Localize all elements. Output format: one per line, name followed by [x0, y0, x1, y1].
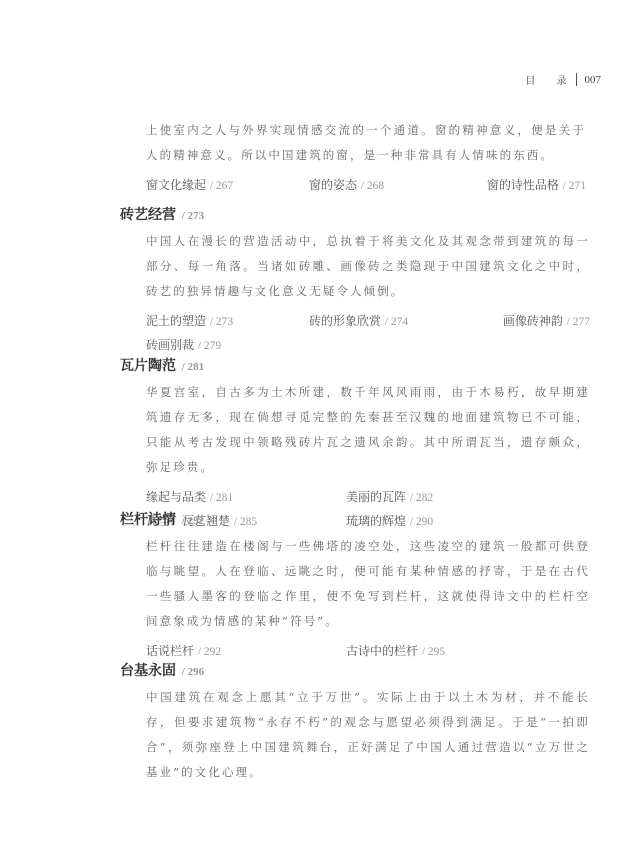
toc-entry-page: 274 [391, 316, 408, 328]
section-title-text: 瓦片陶范 [120, 358, 176, 374]
toc-entry-page: 277 [573, 316, 590, 328]
toc-entry-title: 砖画别裁 [146, 338, 194, 352]
toc-entry-title: 泥土的塑造 [146, 314, 206, 328]
toc-entry-page: 267 [216, 180, 233, 192]
toc-entry-title: 画像砖神韵 [503, 314, 563, 328]
toc-entry-title: 缘起与品类 [146, 490, 206, 504]
toc-entry-list: 窗文化缘起 / 267 窗的姿态 / 268 窗的诗性品格 / 271 [146, 174, 586, 198]
running-head-divider [576, 73, 577, 86]
toc-entry-title: 话说栏杆 [146, 644, 194, 658]
section-title[interactable]: 台基永固 / 296 [120, 661, 590, 681]
toc-entry[interactable]: 砖的形象欣赏 / 274 [309, 310, 462, 334]
toc-entry-page: 295 [428, 646, 445, 658]
section-page: 296 [188, 666, 205, 678]
section-page: 292 [188, 515, 205, 527]
section-title[interactable]: 栏杆诗情 / 292 [120, 510, 590, 530]
section-title-text: 栏杆诗情 [120, 512, 176, 528]
toc-entry-page: 268 [367, 180, 384, 192]
section-page: 281 [188, 361, 205, 373]
section-title[interactable]: 瓦片陶范 / 281 [120, 356, 590, 376]
section-description: 中国建筑在观念上愿其“立于万世”。实际上由于以土木为材，并不能长存，但要求建筑物… [120, 685, 590, 785]
toc-entry[interactable]: 缘起与品类 / 281 [146, 486, 346, 510]
toc-entry[interactable]: 砖画别裁 / 279 [146, 334, 309, 358]
toc-entry-title: 砖的形象欣赏 [309, 314, 381, 328]
running-head: 目 录 007 [525, 72, 601, 87]
separator: / [179, 210, 188, 222]
toc-entry-list: 泥土的塑造 / 273 砖的形象欣赏 / 274 画像砖神韵 / 277 砖画别… [120, 310, 590, 358]
toc-entry[interactable]: 画像砖神韵 / 277 [462, 310, 590, 334]
section-description: 中国人在漫长的营造活动中，总执着于将美文化及其观念带到建筑的每一部分、每一角落。… [120, 229, 590, 304]
toc-entry-page: 271 [569, 180, 586, 192]
section-title-text: 台基永固 [120, 663, 176, 679]
toc-intro-continuation: 上使室内之人与外界实现情感交流的一个通道。窗的精神意义，便是关于人的精神意义。所… [146, 118, 586, 198]
section-title-text: 砖艺经营 [120, 207, 176, 223]
toc-entry-page: 281 [216, 492, 233, 504]
toc-entry[interactable]: 窗的姿态 / 268 [309, 174, 462, 198]
toc-entry-page: 273 [216, 316, 233, 328]
toc-section-brick: 砖艺经营 / 273 中国人在漫长的营造活动中，总执着于将美文化及其观念带到建筑… [120, 205, 590, 358]
toc-section-tile: 瓦片陶范 / 281 华夏宫室，自古多为土木所建，数千年风风雨雨，由于木易朽，故… [120, 356, 590, 534]
toc-entry-title: 窗的诗性品格 [487, 178, 559, 192]
section-description: 栏杆往往建造在楼阁与一些佛塔的凌空处，这些凌空的建筑一般都可供登临与眺望。人在登… [120, 534, 590, 634]
section-description: 上使室内之人与外界实现情感交流的一个通道。窗的精神意义，便是关于人的精神意义。所… [146, 118, 586, 168]
section-page: 273 [188, 210, 205, 222]
toc-entry[interactable]: 泥土的塑造 / 273 [146, 310, 309, 334]
toc-entry[interactable]: 窗文化缘起 / 267 [146, 174, 309, 198]
running-head-section: 目 录 [525, 72, 575, 87]
toc-entry-title: 窗文化缘起 [146, 178, 206, 192]
toc-entry-page: 282 [416, 492, 433, 504]
section-title[interactable]: 砖艺经营 / 273 [120, 205, 590, 225]
toc-entry-title: 美丽的瓦阵 [346, 490, 406, 504]
separator: / [179, 666, 188, 678]
section-description: 华夏宫室，自古多为土木所建，数千年风风雨雨，由于木易朽，故早期建筑遗存无多，现在… [120, 380, 590, 480]
toc-section-railing: 栏杆诗情 / 292 栏杆往往建造在楼阁与一些佛塔的凌空处，这些凌空的建筑一般都… [120, 510, 590, 664]
toc-entry-title: 古诗中的栏杆 [346, 644, 418, 658]
separator: / [179, 361, 188, 373]
toc-section-platform: 台基永固 / 296 中国建筑在观念上愿其“立于万世”。实际上由于以土木为材，并… [120, 661, 590, 785]
toc-entry-page: 292 [204, 646, 221, 658]
toc-entry-page: 279 [204, 340, 221, 352]
page-number: 007 [585, 74, 602, 86]
separator: / [179, 515, 188, 527]
toc-entry[interactable]: 窗的诗性品格 / 271 [462, 174, 586, 198]
toc-entry-title: 窗的姿态 [309, 178, 357, 192]
toc-entry[interactable]: 美丽的瓦阵 / 282 [346, 486, 590, 510]
